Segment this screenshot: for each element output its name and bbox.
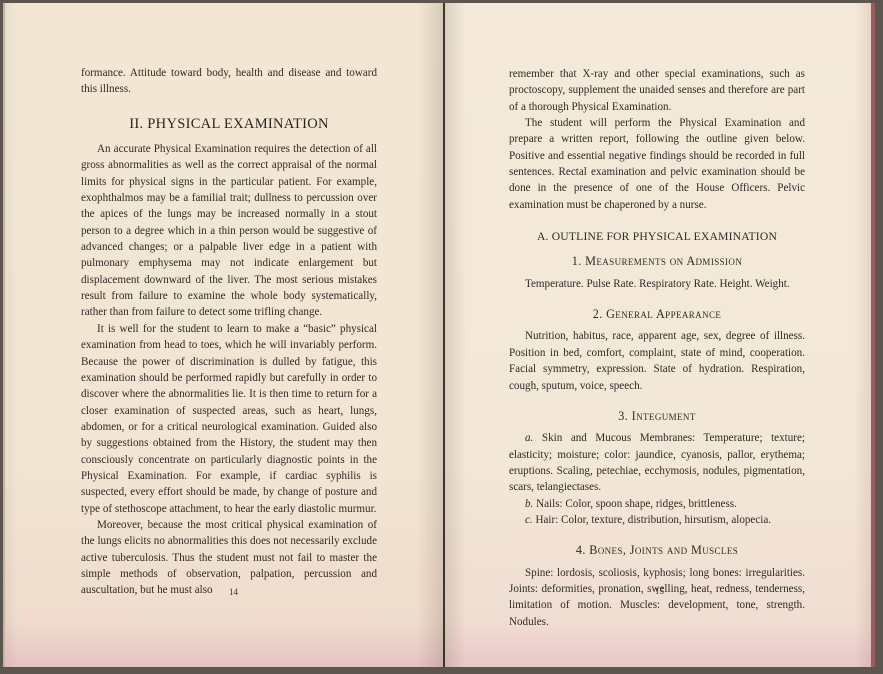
list-item: b. Nails: Color, spoon shape, ridges, br…: [509, 496, 805, 512]
item-letter: b.: [525, 498, 533, 510]
subsection-heading: 2. General Appearance: [509, 306, 805, 322]
paragraph: It is well for the student to learn to m…: [81, 321, 377, 517]
item-letter: a.: [525, 432, 533, 444]
subsection-heading: 4. Bones, Joints and Muscles: [509, 542, 805, 558]
page-number: 15: [655, 586, 664, 596]
paragraph: The student will perform the Physical Ex…: [509, 115, 805, 213]
list-item: a. Skin and Mucous Membranes: Temperatur…: [509, 430, 805, 495]
subsection-body: Temperature. Pulse Rate. Respiratory Rat…: [509, 276, 805, 292]
subsection-body: Spine: lordosis, scoliosis, kyphosis; lo…: [509, 565, 805, 630]
list-item: c. Hair: Color, texture, distribution, h…: [509, 512, 805, 528]
right-page: remember that X-ray and other special ex…: [445, 3, 875, 667]
right-text-column: remember that X-ray and other special ex…: [509, 66, 805, 630]
item-letter: c.: [525, 514, 533, 526]
item-text: Skin and Mucous Membranes: Temperature; …: [509, 432, 805, 493]
left-page: formance. Attitude toward body, health a…: [3, 3, 443, 667]
page-number: 14: [229, 587, 238, 597]
section-title: II. PHYSICAL EXAMINATION: [81, 116, 377, 132]
item-text: Nails: Color, spoon shape, ridges, britt…: [536, 498, 737, 510]
item-text: Hair: Color, texture, distribution, hirs…: [535, 514, 771, 526]
open-book: formance. Attitude toward body, health a…: [0, 0, 883, 674]
paragraph: An accurate Physical Examination require…: [81, 141, 377, 321]
subsection-heading: 1. Measurements on Admission: [509, 253, 805, 269]
carryover-text: formance. Attitude toward body, health a…: [81, 65, 377, 98]
paragraph: remember that X-ray and other special ex…: [509, 66, 805, 115]
subsection-heading: 3. Integument: [509, 408, 805, 424]
subsection-body: Nutrition, habitus, race, apparent age, …: [509, 328, 805, 393]
outline-title: A. OUTLINE FOR PHYSICAL EXAMINATION: [509, 229, 805, 245]
left-text-column: formance. Attitude toward body, health a…: [81, 65, 377, 599]
